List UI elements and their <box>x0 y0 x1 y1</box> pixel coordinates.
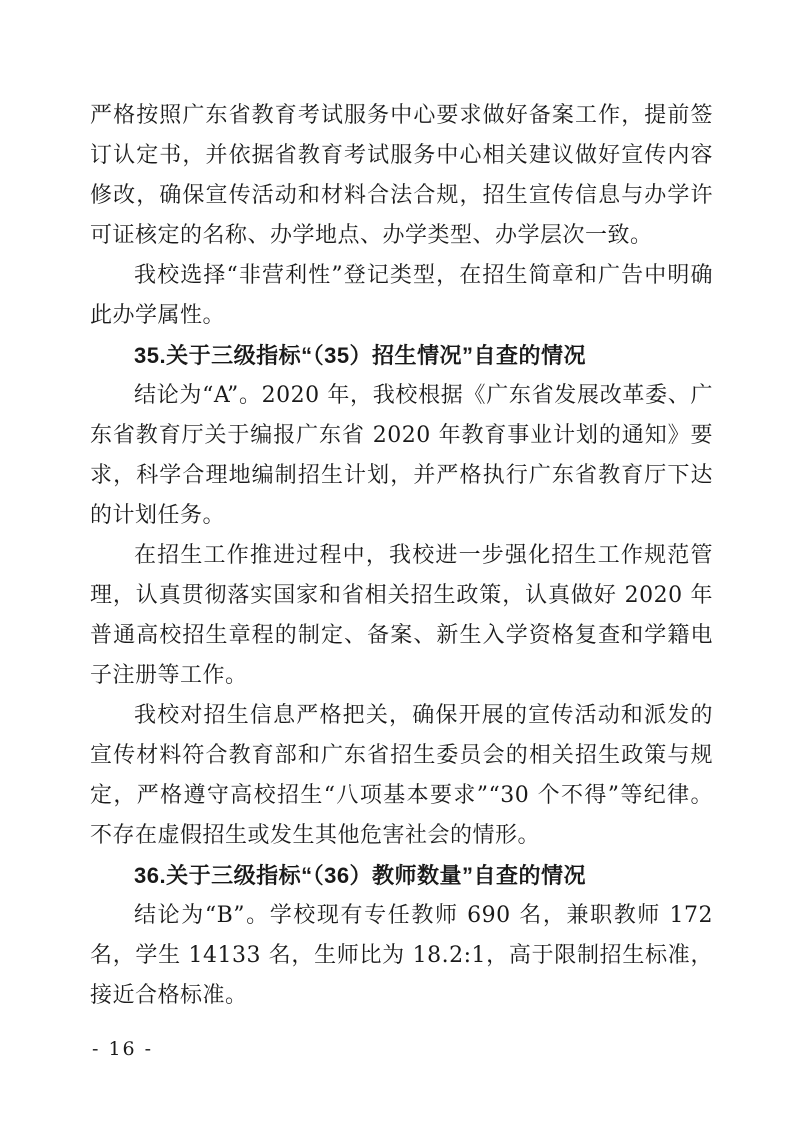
section-heading-indicator-35: 35.关于三级指标“（35）招生情况”自查的情况 <box>90 336 713 376</box>
paragraph-continuation: 严格按照广东省教育考试服务中心要求做好备案工作，提前签订认定书，并依据省教育考试… <box>90 96 713 256</box>
page-number: - 16 - <box>92 1038 153 1060</box>
document-body: 严格按照广东省教育考试服务中心要求做好备案工作，提前签订认定书，并依据省教育考试… <box>90 96 713 1016</box>
paragraph-enrollment-information: 我校对招生信息严格把关，确保开展的宣传活动和派发的宣传材料符合教育部和广东省招生… <box>90 696 713 856</box>
paragraph-enrollment-management: 在招生工作推进过程中，我校进一步强化招生工作规范管理，认真贯彻落实国家和省相关招… <box>90 536 713 696</box>
section-heading-indicator-36: 36.关于三级指标“（36）教师数量”自查的情况 <box>90 856 713 896</box>
paragraph-registration-type: 我校选择“非营利性”登记类型，在招生简章和广告中明确此办学属性。 <box>90 256 713 336</box>
paragraph-conclusion-b: 结论为“B”。学校现有专任教师 690 名，兼职教师 172 名，学生 1413… <box>90 896 713 1016</box>
paragraph-conclusion-a: 结论为“A”。2020 年，我校根据《广东省发展改革委、广东省教育厅关于编报广东… <box>90 376 713 536</box>
document-page: 严格按照广东省教育考试服务中心要求做好备案工作，提前签订认定书，并依据省教育考试… <box>0 0 793 1122</box>
